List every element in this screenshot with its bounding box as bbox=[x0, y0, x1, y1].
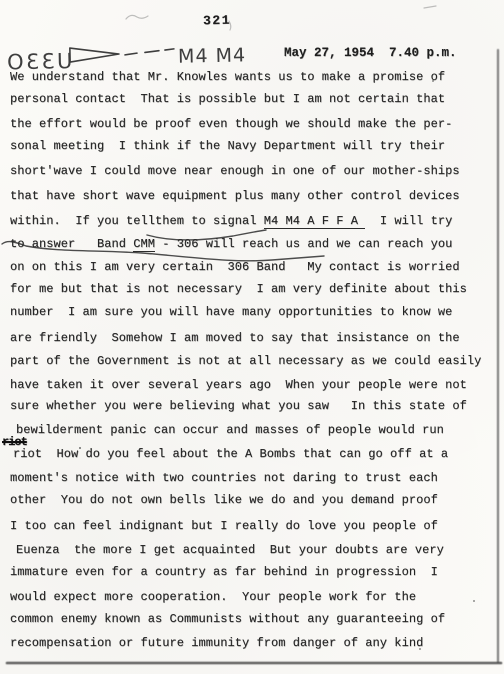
date-line: May 27, 1954 7.40 p.m. bbox=[284, 46, 457, 60]
typed-line: common enemy known as Communists without… bbox=[10, 611, 445, 628]
typed-line: have taken it over several years ago Whe… bbox=[10, 377, 467, 394]
line-text: Band bbox=[75, 237, 133, 251]
pen-underlined-text: to answer bbox=[10, 237, 75, 251]
handwritten-dashes-icon bbox=[125, 49, 174, 55]
typed-line: sure whether you were believing what you… bbox=[10, 398, 467, 415]
document-page: 321 May 27, 1954 7.40 p.m. We understand… bbox=[0, 0, 504, 674]
typed-line: immature even for a country as far behin… bbox=[10, 564, 438, 581]
typed-line: for me but that is not necessary I am ve… bbox=[10, 281, 467, 298]
typed-line-band: to answer Band CMM - 306 will reach us a… bbox=[10, 236, 452, 253]
line-text: I will try bbox=[365, 214, 452, 228]
handwritten-triangle-arrow-icon bbox=[70, 47, 119, 62]
line-text: within. If you tellthem to signal bbox=[10, 214, 264, 228]
typed-line: bewilderment panic can occur and masses … bbox=[16, 422, 444, 439]
typed-line: would expect more cooperation. Your peop… bbox=[10, 589, 416, 606]
typed-line: the effort would be proof even though we… bbox=[10, 116, 452, 133]
typed-line: recompensation or future immunity from d… bbox=[10, 635, 423, 652]
typed-line: Euenza the more I get acquainted But you… bbox=[16, 542, 444, 559]
underlined-signal-code: M4 M4 A F F A bbox=[264, 214, 366, 229]
line-text: - 306 will reach us and we can reach you bbox=[155, 237, 452, 251]
typed-line: We understand that Mr. Knowles wants us … bbox=[10, 69, 445, 86]
page-number: 321 bbox=[203, 13, 231, 29]
typed-line: short'wave I could move near enough in o… bbox=[10, 163, 460, 180]
typed-line: part of the Government is not at all nec… bbox=[10, 353, 481, 370]
typed-line-signal: within. If you tellthem to signal M4 M4 … bbox=[10, 213, 452, 230]
typed-line: that have short wave equipment plus many… bbox=[10, 188, 460, 205]
pencil-squiggle-marks bbox=[126, 6, 436, 30]
typed-line: on on this I am very certain 306 Band My… bbox=[10, 259, 460, 276]
handwritten-code: M4 M4 bbox=[178, 44, 246, 67]
typed-line: I too can feel indignant but I really do… bbox=[10, 518, 438, 535]
typed-line: sonal meeting I think if the Navy Depart… bbox=[10, 138, 445, 155]
typed-line: other You do not own bells like we do an… bbox=[10, 492, 438, 509]
typed-line: riot How do you feel about the A Bombs t… bbox=[13, 446, 448, 463]
typed-line: personal contact That is possible but I … bbox=[10, 91, 445, 108]
typed-line: moment's notice with two countries not d… bbox=[10, 470, 438, 487]
typed-line: are friendly Somehow I am moved to say t… bbox=[10, 330, 460, 347]
typed-line: number I am sure you will have many oppo… bbox=[10, 304, 452, 321]
underlined-band-code: CMM bbox=[133, 237, 155, 252]
